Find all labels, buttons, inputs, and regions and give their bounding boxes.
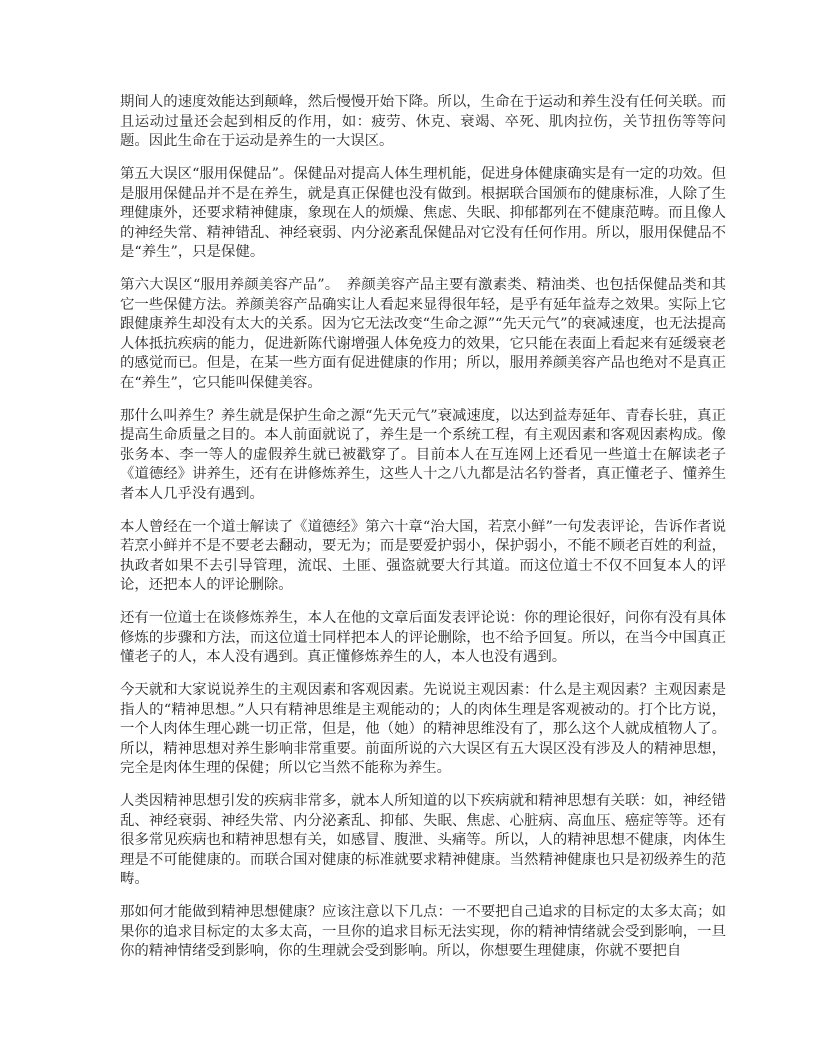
paragraph-5: 本人曾经在一个道士解读了《道德经》第六十章“治大国，若烹小鲜”一句发表评论，告诉… bbox=[120, 518, 726, 596]
paragraph-8: 人类因精神思想引发的疾病非常多，就本人所知道的以下疾病就和精神思想有关联：如，神… bbox=[120, 792, 726, 890]
document-page: 期间人的速度效能达到颠峰，然后慢慢开始下降。所以，生命在于运动和养生没有任何关联… bbox=[0, 0, 816, 1056]
paragraph-3: 第六大误区“服用养颜美容产品”。 养颜美容产品主要有激素类、精油类、也包括保健品… bbox=[120, 276, 726, 393]
paragraph-4: 那什么叫养生？养生就是保护生命之源“先天元气”衰减速度，以达到益寿延年、青春长驻… bbox=[120, 407, 726, 505]
paragraph-2: 第五大误区“服用保健品”。保健品对提高人体生理机能，促进身体健康确实是有一定的功… bbox=[120, 165, 726, 263]
text-block: 期间人的速度效能达到颠峰，然后慢慢开始下降。所以，生命在于运动和养生没有任何关联… bbox=[120, 93, 726, 962]
paragraph-6: 还有一位道士在谈修炼养生，本人在他的文章后面发表评论说：你的理论很好，问你有没有… bbox=[120, 609, 726, 668]
paragraph-9: 那如何才能做到精神思想健康？应该注意以下几点：一不要把自己追求的目标定的太多太高… bbox=[120, 903, 726, 962]
paragraph-7: 今天就和大家说说养生的主观因素和客观因素。先说说主观因素：什么是主观因素？主观因… bbox=[120, 681, 726, 779]
paragraph-1: 期间人的速度效能达到颠峰，然后慢慢开始下降。所以，生命在于运动和养生没有任何关联… bbox=[120, 93, 726, 152]
